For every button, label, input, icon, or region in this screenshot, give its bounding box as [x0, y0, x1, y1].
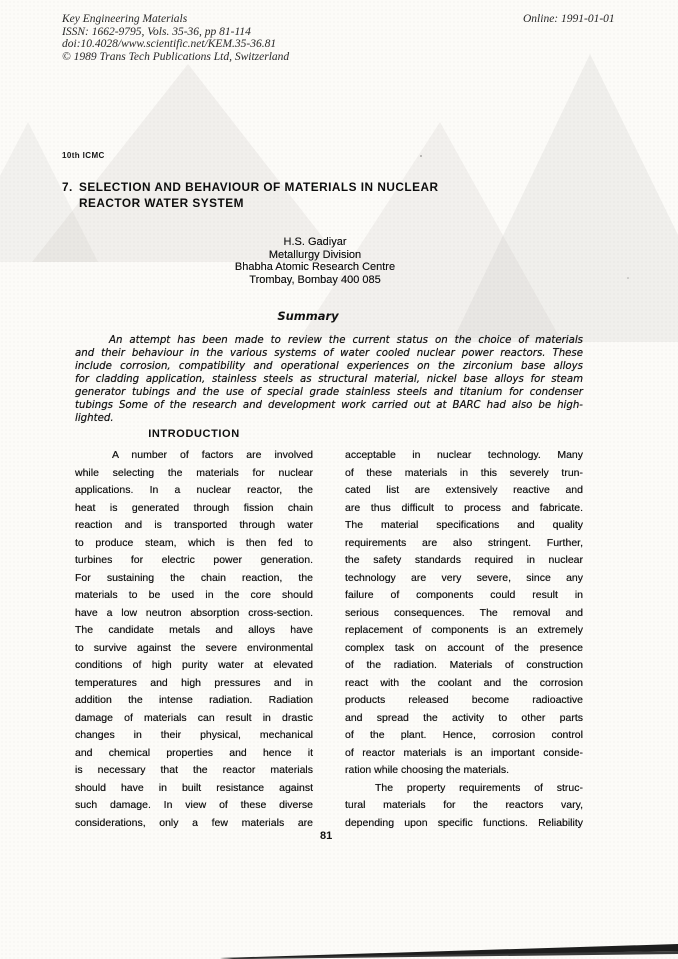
- text-line: of these materials in this severely trun…: [345, 465, 583, 483]
- text-line: of the plant. Hence, corrosion control: [345, 727, 583, 745]
- text-line: and spread the activity to other parts: [345, 710, 583, 728]
- text-line: are thus difficult to process and fabric…: [345, 500, 583, 518]
- summary-paragraph: An attempt has been made to review the c…: [75, 334, 583, 425]
- paper-title: 7.SELECTION AND BEHAVIOUR OF MATERIALS I…: [62, 179, 439, 211]
- journal-copyright: © 1989 Trans Tech Publications Ltd, Swit…: [62, 51, 289, 64]
- author-division: Metallurgy Division: [62, 249, 568, 262]
- text-line: to survive against the severe environmen…: [75, 640, 313, 658]
- text-line: to produce steam, which is then fed to: [75, 535, 313, 553]
- text-line: requirements are also stringent. Further…: [345, 535, 583, 553]
- text-line: complex task on account of the presence: [345, 640, 583, 658]
- text-line: and their behaviour in the various syste…: [75, 347, 583, 360]
- right-text-column: acceptable in nuclear technology. Manyof…: [345, 447, 583, 832]
- text-line: replacement of components is an extremel…: [345, 622, 583, 640]
- text-line: generator tubings and the use of special…: [75, 386, 583, 399]
- text-line: addition the intense radiation. Radiatio…: [75, 692, 313, 710]
- text-line: materials to be used in the core should: [75, 587, 313, 605]
- text-line: failure of components could result in: [345, 587, 583, 605]
- journal-name: Key Engineering Materials: [62, 13, 289, 26]
- text-line: have a low neutron absorption cross-sect…: [75, 605, 313, 623]
- text-line: include corrosion, compatibility and ope…: [75, 360, 583, 373]
- conference-tag: 10th ICMC: [62, 151, 105, 160]
- text-line: changes in their physical, mechanical: [75, 727, 313, 745]
- text-line: heat is generated through fission chain: [75, 500, 313, 518]
- text-line: reaction and is transported through wate…: [75, 517, 313, 535]
- text-line: The candidate metals and alloys have: [75, 622, 313, 640]
- title-text-1: SELECTION AND BEHAVIOUR OF MATERIALS IN …: [79, 180, 439, 194]
- text-line: such damage. In view of these diverse: [75, 797, 313, 815]
- text-line: of the radiation. Materials of construct…: [345, 657, 583, 675]
- author-name: H.S. Gadiyar: [62, 236, 568, 249]
- text-line: applications. In a nuclear reactor, the: [75, 482, 313, 500]
- text-line: acceptable in nuclear technology. Many: [345, 447, 583, 465]
- paper-title-line2: REACTOR WATER SYSTEM: [79, 195, 439, 211]
- text-line: conditions of high purity water at eleva…: [75, 657, 313, 675]
- text-line: A number of factors are involved: [75, 447, 313, 465]
- summary-heading: Summary: [75, 309, 541, 323]
- text-line: while selecting the materials for nuclea…: [75, 465, 313, 483]
- text-line: For sustaining the chain reaction, the: [75, 570, 313, 588]
- text-line: lighted.: [75, 412, 583, 425]
- text-line: is necessary that the reactor materials: [75, 762, 313, 780]
- page-number: 81: [320, 830, 332, 842]
- text-line: considerations, only a few materials are: [75, 815, 313, 833]
- scanned-paper-page: Key Engineering Materials ISSN: 1662-979…: [0, 0, 678, 959]
- journal-header: Key Engineering Materials ISSN: 1662-979…: [62, 13, 289, 63]
- author-address: Trombay, Bombay 400 085: [62, 274, 568, 287]
- text-line: The property requirements of struc-: [345, 780, 583, 798]
- text-line: ration while choosing the materials.: [345, 762, 583, 780]
- text-line: for cladding application, stainless stee…: [75, 373, 583, 386]
- text-line: products released become radioactive: [345, 692, 583, 710]
- journal-doi: doi:10.4028/www.scientific.net/KEM.35-36…: [62, 38, 289, 51]
- journal-issn: ISSN: 1662-9795, Vols. 35-36, pp 81-114: [62, 26, 289, 39]
- text-line: serious consequences. The removal and: [345, 605, 583, 623]
- online-date: Online: 1991-01-01: [523, 13, 615, 25]
- author-block: H.S. Gadiyar Metallurgy Division Bhabha …: [62, 236, 568, 286]
- author-institute: Bhabha Atomic Research Centre: [62, 261, 568, 274]
- text-line: temperatures and high pressures and in: [75, 675, 313, 693]
- text-line: The material specifications and quality: [345, 517, 583, 535]
- text-line: tubings Some of the research and develop…: [75, 399, 583, 412]
- text-line: should have in built resistance against: [75, 780, 313, 798]
- text-line: damage of materials can result in drasti…: [75, 710, 313, 728]
- text-line: tural materials for the reactors vary,: [345, 797, 583, 815]
- section-number: 7.: [62, 179, 79, 195]
- text-line: react with the coolant and the corrosion: [345, 675, 583, 693]
- text-line: depending upon specific functions. Relia…: [345, 815, 583, 833]
- text-line: turbines for electric power generation.: [75, 552, 313, 570]
- left-text-column: A number of factors are involvedwhile se…: [75, 447, 313, 832]
- text-line: and chemical properties and hence it: [75, 745, 313, 763]
- text-line: the safety standards required in nuclear: [345, 552, 583, 570]
- introduction-heading: INTRODUCTION: [75, 428, 313, 440]
- text-line: technology are very severe, since any: [345, 570, 583, 588]
- paper-title-line1: 7.SELECTION AND BEHAVIOUR OF MATERIALS I…: [62, 179, 439, 195]
- text-line: of reactor materials is an important con…: [345, 745, 583, 763]
- text-line: An attempt has been made to review the c…: [75, 334, 583, 347]
- text-line: cated list are extensively reactive and: [345, 482, 583, 500]
